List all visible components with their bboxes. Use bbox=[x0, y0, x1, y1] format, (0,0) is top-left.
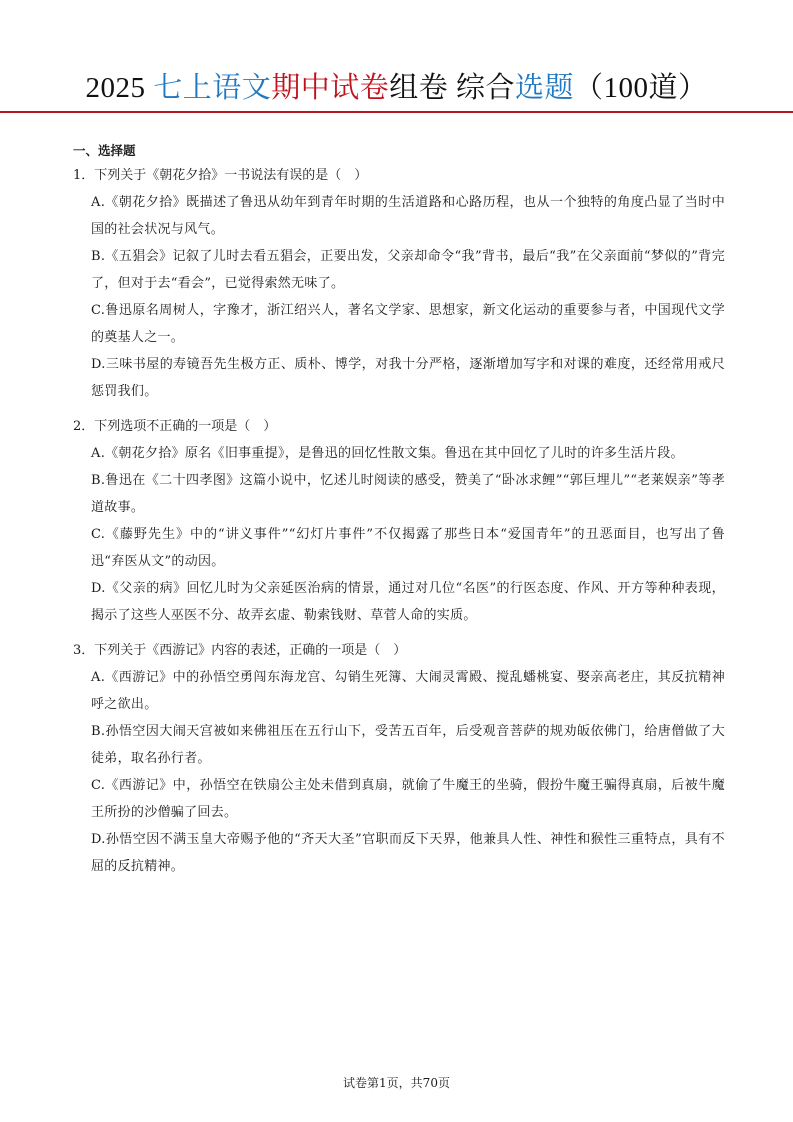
document-body: 一、选择题 1．下列关于《朝花夕拾》一书说法有误的是（ ） A.《朝花夕拾》既描… bbox=[73, 140, 725, 888]
option-label: C. bbox=[91, 778, 105, 793]
question-3: 3．下列关于《西游记》内容的表述，正确的一项是（ ） A.《西游记》中的孙悟空勇… bbox=[73, 637, 725, 880]
option-a: A.《西游记》中的孙悟空勇闯东海龙宫、勾销生死簿、大闹灵霄殿、搅乱蟠桃宴、娶亲高… bbox=[73, 664, 725, 718]
option-d: D.孙悟空因不满玉皇大帝赐予他的“齐天大圣”官职而反下天界，他兼具人性、神性和猴… bbox=[73, 826, 725, 880]
option-c: C.《藤野先生》中的“讲义事件”“幻灯片事件”不仅揭露了那些日本“爱国青年”的丑… bbox=[73, 521, 725, 575]
question-text: 下列选项不正确的一项是（ ） bbox=[94, 419, 276, 434]
option-text: 《西游记》中的孙悟空勇闯东海龙宫、勾销生死簿、大闹灵霄殿、搅乱蟠桃宴、娶亲高老庄… bbox=[91, 670, 725, 712]
question-number: 2． bbox=[73, 413, 94, 440]
option-b: B.鲁迅在《二十四孝图》这篇小说中，忆述儿时阅读的感受，赞美了“卧冰求鲤”“郭巨… bbox=[73, 467, 725, 521]
option-text: 《西游记》中，孙悟空在铁扇公主处未借到真扇，就偷了牛魔王的坐骑，假扮牛魔王骗得真… bbox=[91, 778, 725, 820]
question-stem: 3．下列关于《西游记》内容的表述，正确的一项是（ ） bbox=[73, 637, 725, 664]
title-segment-grade-subject: 七上语文 bbox=[153, 72, 271, 104]
option-d: D.《父亲的病》回忆儿时为父亲延医治病的情景，通过对几位“名医”的行医态度、作风… bbox=[73, 575, 725, 629]
option-label: B. bbox=[91, 249, 105, 264]
option-text: 鲁迅原名周树人，字豫才，浙江绍兴人，著名文学家、思想家，新文化运动的重要参与者，… bbox=[91, 303, 725, 345]
option-c: C.鲁迅原名周树人，字豫才，浙江绍兴人，著名文学家、思想家，新文化运动的重要参与… bbox=[73, 297, 725, 351]
question-number: 1． bbox=[73, 162, 94, 189]
option-c: C.《西游记》中，孙悟空在铁扇公主处未借到真扇，就偷了牛魔王的坐骑，假扮牛魔王骗… bbox=[73, 772, 725, 826]
question-2: 2．下列选项不正确的一项是（ ） A.《朝花夕拾》原名《旧事重提》，是鲁迅的回忆… bbox=[73, 413, 725, 629]
option-label: C. bbox=[91, 527, 105, 542]
option-text: 《五猖会》记叙了儿时去看五猖会，正要出发，父亲却命令“我”背书，最后“我”在父亲… bbox=[91, 249, 725, 291]
option-b: B.《五猖会》记叙了儿时去看五猖会，正要出发，父亲却命令“我”背书，最后“我”在… bbox=[73, 243, 725, 297]
option-b: B.孙悟空因大闹天宫被如来佛祖压在五行山下，受苦五百年，后受观音菩萨的规劝皈依佛… bbox=[73, 718, 725, 772]
section-header: 一、选择题 bbox=[73, 140, 725, 162]
question-text: 下列关于《朝花夕拾》一书说法有误的是（ ） bbox=[94, 168, 367, 183]
option-label: D. bbox=[91, 832, 106, 847]
option-label: A. bbox=[91, 446, 105, 461]
option-text: 《父亲的病》回忆儿时为父亲延医治病的情景，通过对几位“名医”的行医态度、作风、开… bbox=[91, 581, 725, 623]
option-text: 《藤野先生》中的“讲义事件”“幻灯片事件”不仅揭露了那些日本“爱国青年”的丑恶面… bbox=[91, 527, 725, 569]
question-stem: 1．下列关于《朝花夕拾》一书说法有误的是（ ） bbox=[73, 162, 725, 189]
page-title: 2025 七上语文期中试卷组卷 综合选题（100道） bbox=[0, 68, 793, 108]
option-a: A.《朝花夕拾》既描述了鲁迅从幼年到青年时期的生活道路和心路历程，也从一个独特的… bbox=[73, 189, 725, 243]
title-segment-year: 2025 bbox=[85, 72, 153, 104]
option-label: B. bbox=[91, 724, 105, 739]
option-text: 孙悟空因不满玉皇大帝赐予他的“齐天大圣”官职而反下天界，他兼具人性、神性和猴性三… bbox=[91, 832, 725, 874]
option-label: B. bbox=[91, 473, 105, 488]
question-text: 下列关于《西游记》内容的表述，正确的一项是（ ） bbox=[94, 643, 406, 658]
title-segment-selection: 选题 bbox=[515, 72, 574, 104]
title-segment-compilation: 组卷 综合 bbox=[389, 72, 515, 104]
title-divider bbox=[0, 111, 793, 113]
option-text: 《朝花夕拾》原名《旧事重提》，是鲁迅的回忆性散文集。鲁迅在其中回忆了儿时的许多生… bbox=[105, 446, 684, 461]
question-number: 3． bbox=[73, 637, 94, 664]
option-text: 孙悟空因大闹天宫被如来佛祖压在五行山下，受苦五百年，后受观音菩萨的规劝皈依佛门，… bbox=[91, 724, 725, 766]
page-footer: 试卷第1页，共70页 bbox=[0, 1073, 793, 1093]
option-a: A.《朝花夕拾》原名《旧事重提》，是鲁迅的回忆性散文集。鲁迅在其中回忆了儿时的许… bbox=[73, 440, 725, 467]
option-d: D.三味书屋的寿镜吾先生极方正、质朴、博学，对我十分严格，逐渐增加写字和对课的难… bbox=[73, 351, 725, 405]
option-label: A. bbox=[91, 670, 105, 685]
option-text: 三味书屋的寿镜吾先生极方正、质朴、博学，对我十分严格，逐渐增加写字和对课的难度，… bbox=[91, 357, 725, 399]
option-text: 《朝花夕拾》既描述了鲁迅从幼年到青年时期的生活道路和心路历程，也从一个独特的角度… bbox=[91, 195, 725, 237]
question-1: 1．下列关于《朝花夕拾》一书说法有误的是（ ） A.《朝花夕拾》既描述了鲁迅从幼… bbox=[73, 162, 725, 405]
option-label: A. bbox=[91, 195, 105, 210]
option-label: D. bbox=[91, 357, 106, 372]
question-stem: 2．下列选项不正确的一项是（ ） bbox=[73, 413, 725, 440]
title-segment-count: （100道） bbox=[574, 72, 708, 104]
option-text: 鲁迅在《二十四孝图》这篇小说中，忆述儿时阅读的感受，赞美了“卧冰求鲤”“郭巨埋儿… bbox=[91, 473, 725, 515]
option-label: D. bbox=[91, 581, 106, 596]
title-segment-exam-type: 期中试卷 bbox=[271, 72, 389, 104]
option-label: C. bbox=[91, 303, 105, 318]
